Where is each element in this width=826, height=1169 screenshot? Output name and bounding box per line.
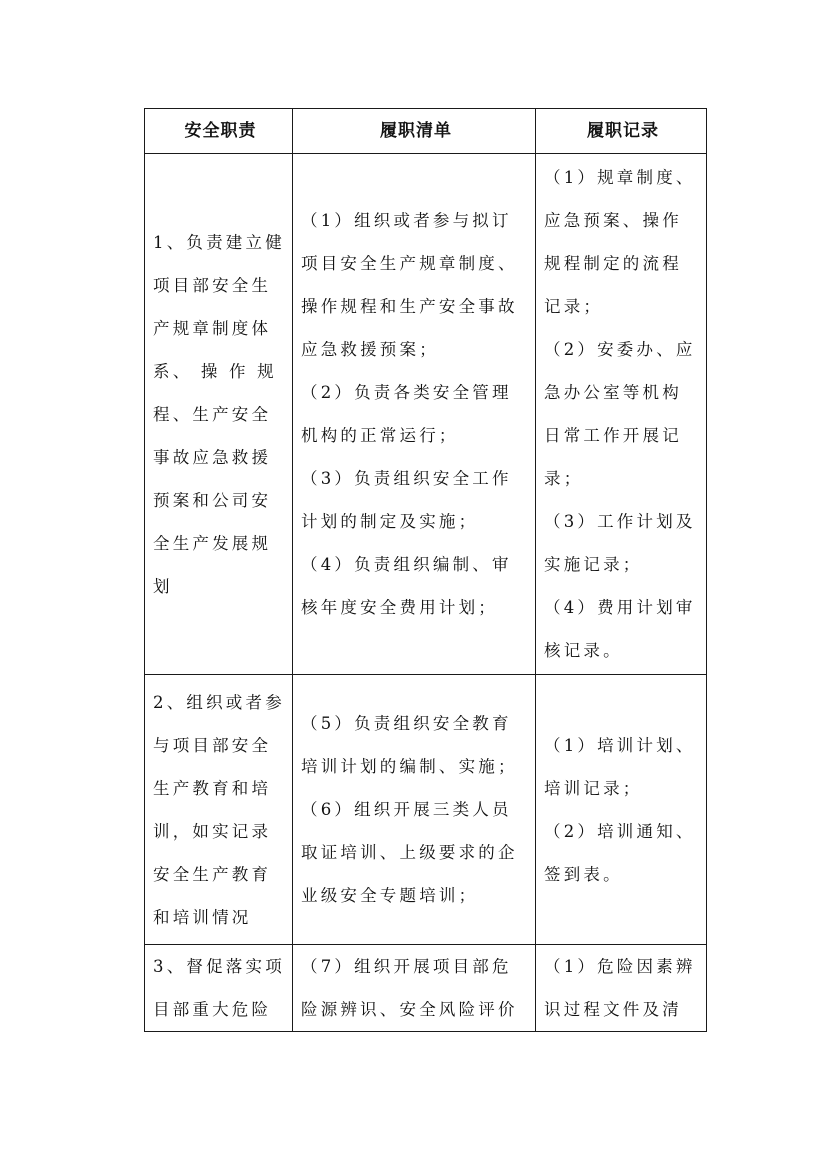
text-line: 和培训情况 [153, 896, 288, 939]
text-line: 3、督促落实项 [153, 945, 288, 988]
text-line: 录； [544, 457, 702, 500]
text-line: 目部重大危险 [153, 988, 288, 1031]
text-line: 险源辨识、安全风险评价 [301, 988, 531, 1031]
text-line: 计划的制定及实施； [301, 500, 531, 543]
table-row: 2、组织或者参 与项目部安全 生产教育和培 训，如实记录 安全生产教育 和培训情… [145, 675, 707, 945]
text-line: 机构的正常运行； [301, 414, 531, 457]
text-line: 项目安全生产规章制度、 [301, 242, 531, 285]
text-line: 全生产发展规 [153, 522, 288, 565]
text-line: 急办公室等机构 [544, 371, 702, 414]
text-line: 产规章制度体 [153, 307, 288, 350]
safety-duty-table: 安全职责 履职清单 履职记录 1、负责建立健 项目部安全生 产规章制度体 系、 … [144, 108, 707, 1032]
text-line: 划 [153, 565, 288, 608]
text-line: （2）负责各类安全管理 [301, 371, 531, 414]
text-line: 取证培训、上级要求的企 [301, 831, 531, 874]
text-line: （3）工作计划及 [544, 500, 702, 543]
text-line: （4）负责组织编制、审 [301, 543, 531, 586]
text-line: 核记录。 [544, 629, 702, 672]
text-line: 规程制定的流程 [544, 242, 702, 285]
header-duty-records: 履职记录 [536, 109, 707, 154]
text-line: 核年度安全费用计划； [301, 586, 531, 629]
text-line: 业级安全专题培训； [301, 874, 531, 917]
text-line: 记录； [544, 285, 702, 328]
text-line: 预案和公司安 [153, 479, 288, 522]
checklist-cell: （7）组织开展项目部危 险源辨识、安全风险评价 [293, 945, 536, 1032]
text-line: 事故应急救援 [153, 436, 288, 479]
header-duty-checklist: 履职清单 [293, 109, 536, 154]
text-line: （4）费用计划审 [544, 586, 702, 629]
text-line: （5）负责组织安全教育 [301, 702, 531, 745]
document-page: 安全职责 履职清单 履职记录 1、负责建立健 项目部安全生 产规章制度体 系、 … [0, 0, 826, 1169]
text-line: 2、组织或者参 [153, 681, 288, 724]
text-line: （6）组织开展三类人员 [301, 788, 531, 831]
text-line: （1）规章制度、 [544, 156, 702, 199]
header-safety-duty: 安全职责 [145, 109, 293, 154]
text-line: （1）危险因素辨 [544, 945, 702, 988]
text-line: 识过程文件及清 [544, 988, 702, 1031]
table-row: 3、督促落实项 目部重大危险 （7）组织开展项目部危 险源辨识、安全风险评价 （… [145, 945, 707, 1032]
text-line: 项目部安全生 [153, 264, 288, 307]
text-line: 签到表。 [544, 853, 702, 896]
checklist-cell: （1）组织或者参与拟订 项目安全生产规章制度、 操作规程和生产安全事故 应急救援… [293, 154, 536, 675]
table-row: 1、负责建立健 项目部安全生 产规章制度体 系、 操 作 规 程、生产安全 事故… [145, 154, 707, 675]
text-line: 培训记录； [544, 767, 702, 810]
text-line: 日常工作开展记 [544, 414, 702, 457]
duty-cell: 2、组织或者参 与项目部安全 生产教育和培 训，如实记录 安全生产教育 和培训情… [145, 675, 293, 945]
records-cell: （1）规章制度、 应急预案、操作 规程制定的流程 记录； （2）安委办、应 急办… [536, 154, 707, 675]
text-line: 培训计划的编制、实施； [301, 745, 531, 788]
text-line: 应急救援预案； [301, 328, 531, 371]
text-line: 生产教育和培 [153, 767, 288, 810]
text-line: （1）培训计划、 [544, 724, 702, 767]
text-line: （2）安委办、应 [544, 328, 702, 371]
text-line: 训，如实记录 [153, 810, 288, 853]
text-line: 应急预案、操作 [544, 199, 702, 242]
text-line: （1）组织或者参与拟订 [301, 199, 531, 242]
text-line: 操作规程和生产安全事故 [301, 285, 531, 328]
text-line: 程、生产安全 [153, 393, 288, 436]
text-line: 安全生产教育 [153, 853, 288, 896]
text-line: 1、负责建立健 [153, 221, 288, 264]
text-line: 实施记录； [544, 543, 702, 586]
duty-cell: 1、负责建立健 项目部安全生 产规章制度体 系、 操 作 规 程、生产安全 事故… [145, 154, 293, 675]
records-cell: （1）危险因素辨 识过程文件及清 [536, 945, 707, 1032]
text-line: 系、 操 作 规 [153, 350, 288, 393]
table-header-row: 安全职责 履职清单 履职记录 [145, 109, 707, 154]
text-line: （7）组织开展项目部危 [301, 945, 531, 988]
checklist-cell: （5）负责组织安全教育 培训计划的编制、实施； （6）组织开展三类人员 取证培训… [293, 675, 536, 945]
duty-cell: 3、督促落实项 目部重大危险 [145, 945, 293, 1032]
text-line: （2）培训通知、 [544, 810, 702, 853]
records-cell: （1）培训计划、 培训记录； （2）培训通知、 签到表。 [536, 675, 707, 945]
text-line: （3）负责组织安全工作 [301, 457, 531, 500]
text-line: 与项目部安全 [153, 724, 288, 767]
